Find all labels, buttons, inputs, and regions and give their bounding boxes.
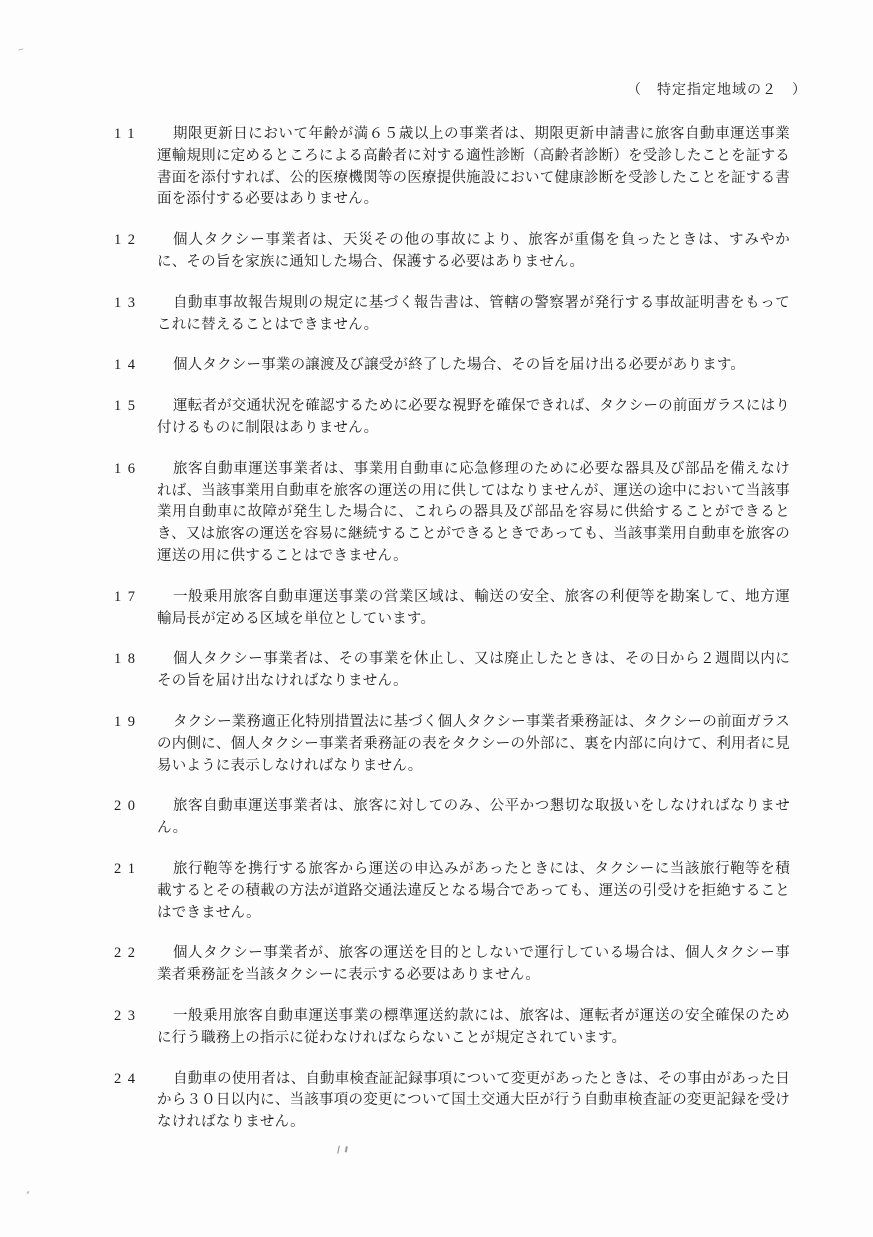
question-number: 19	[114, 712, 157, 734]
question-text: タクシー業務適正化特別措置法に基づく個人タクシー事業者乗務証は、タクシーの前面ガ…	[157, 712, 790, 777]
question-item-20: 20 旅客自動車運送事業者は、旅客に対してのみ、公平かつ懇切な取扱いをしなければ…	[114, 796, 790, 840]
question-number: 15	[114, 396, 157, 418]
question-text: 個人タクシー事業者は、その事業を休止し、又は廃止したときは、その日から２週間以内…	[157, 649, 790, 693]
question-item-18: 18 個人タクシー事業者は、その事業を休止し、又は廃止したときは、その日から２週…	[114, 649, 790, 693]
question-number: 24	[114, 1069, 157, 1091]
question-item-24: 24 自動車の使用者は、自動車検査証記録事項について変更があったときは、その事由…	[114, 1069, 790, 1134]
question-number: 13	[114, 293, 157, 315]
question-item-23: 23 一般乗用旅客自動車運送事業の標準運送約款には、旅客は、運転者が運送の安全確…	[114, 1006, 790, 1050]
question-text: 旅客自動車運送事業者は、事業用自動車に応急修理のために必要な器具及び部品を備えな…	[157, 459, 790, 568]
question-number: 16	[114, 459, 157, 481]
page-header-label: （ 特定指定地域の２ ）	[627, 79, 807, 99]
scan-artifact	[18, 45, 24, 50]
question-text: 旅行鞄等を携行する旅客から運送の申込みがあったときには、タクシーに当該旅行鞄等を…	[157, 859, 790, 924]
question-item-14: 14 個人タクシー事業の譲渡及び譲受が終了した場合、その旨を届け出る必要がありま…	[114, 355, 790, 377]
question-number: 12	[114, 230, 157, 252]
question-item-11: 11 期限更新日において年齢が満６５歳以上の事業者は、期限更新申請書に旅客自動車…	[114, 124, 790, 211]
question-text: 自動車事故報告規則の規定に基づく報告書は、管轄の警察署が発行する事故証明書をもっ…	[157, 293, 790, 337]
question-text: 個人タクシー事業の譲渡及び譲受が終了した場合、その旨を届け出る必要があります。	[157, 355, 790, 377]
question-item-15: 15 運転者が交通状況を確認するために必要な視野を確保できれば、タクシーの前面ガ…	[114, 396, 790, 440]
scan-artifact	[337, 1146, 343, 1155]
question-item-16: 16 旅客自動車運送事業者は、事業用自動車に応急修理のために必要な器具及び部品を…	[114, 459, 790, 568]
question-text: 自動車の使用者は、自動車検査証記録事項について変更があったときは、その事由があっ…	[157, 1069, 790, 1134]
question-number: 22	[114, 943, 157, 965]
document-page: （ 特定指定地域の２ ） 11 期限更新日において年齢が満６５歳以上の事業者は、…	[0, 0, 873, 1237]
question-number: 14	[114, 355, 157, 377]
scan-artifact	[26, 1191, 29, 1195]
question-list: 11 期限更新日において年齢が満６５歳以上の事業者は、期限更新申請書に旅客自動車…	[114, 124, 790, 1153]
question-number: 17	[114, 587, 157, 609]
question-item-12: 12 個人タクシー事業者は、天災その他の事故により、旅客が重傷を負ったときは、す…	[114, 230, 790, 274]
question-text: 期限更新日において年齢が満６５歳以上の事業者は、期限更新申請書に旅客自動車運送事…	[157, 124, 790, 211]
question-item-17: 17 一般乗用旅客自動車運送事業の営業区域は、輸送の安全、旅客の利便等を勘案して…	[114, 587, 790, 631]
question-text: 一般乗用旅客自動車運送事業の標準運送約款には、旅客は、運転者が運送の安全確保のた…	[157, 1006, 790, 1050]
question-item-22: 22 個人タクシー事業者が、旅客の運送を目的としないで運行している場合は、個人タ…	[114, 943, 790, 987]
question-number: 18	[114, 649, 157, 671]
question-number: 20	[114, 796, 157, 818]
question-text: 旅客自動車運送事業者は、旅客に対してのみ、公平かつ懇切な取扱いをしなければなりま…	[157, 796, 790, 840]
question-item-19: 19 タクシー業務適正化特別措置法に基づく個人タクシー事業者乗務証は、タクシーの…	[114, 712, 790, 777]
question-text: 運転者が交通状況を確認するために必要な視野を確保できれば、タクシーの前面ガラスに…	[157, 396, 790, 440]
question-text: 個人タクシー事業者は、天災その他の事故により、旅客が重傷を負ったときは、すみやか…	[157, 230, 790, 274]
question-item-21: 21 旅行鞄等を携行する旅客から運送の申込みがあったときには、タクシーに当該旅行…	[114, 859, 790, 924]
question-text: 個人タクシー事業者が、旅客の運送を目的としないで運行している場合は、個人タクシー…	[157, 943, 790, 987]
question-text: 一般乗用旅客自動車運送事業の営業区域は、輸送の安全、旅客の利便等を勘案して、地方…	[157, 587, 790, 631]
question-number: 11	[114, 124, 157, 146]
question-number: 21	[114, 859, 157, 881]
question-number: 23	[114, 1006, 157, 1028]
question-item-13: 13 自動車事故報告規則の規定に基づく報告書は、管轄の警察署が発行する事故証明書…	[114, 293, 790, 337]
